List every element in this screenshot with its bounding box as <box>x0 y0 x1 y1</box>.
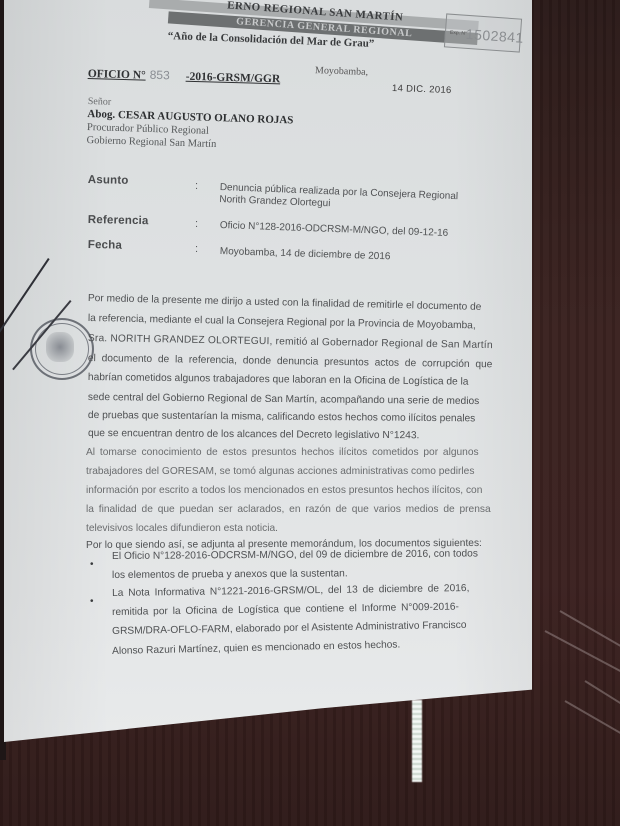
meta-label: Referencia <box>88 214 149 227</box>
text-line: Al tomarse conocimiento de estos presunt… <box>86 447 479 458</box>
text-line: los elementos de prueba y anexos que la … <box>112 568 348 581</box>
text-line: que se encuentran dentro de los alcances… <box>88 428 419 441</box>
registry-number: 1502841 <box>465 26 524 46</box>
text-line: televisivos locales difundieron esta not… <box>86 523 278 534</box>
text-line: información por escrito a todos los menc… <box>86 485 482 496</box>
text-line: la finalidad de que puedan ser aclarados… <box>86 504 491 515</box>
meta-label: Asunto <box>88 174 129 187</box>
official-seal <box>30 318 94 380</box>
oficio-number-handwritten: 853 <box>150 68 170 83</box>
seal-emblem <box>46 332 74 362</box>
light-reflection <box>412 700 422 782</box>
meta-label: Fecha <box>88 239 122 252</box>
addressee-block: Señor Abog. CESAR AUGUSTO OLANO ROJAS Pr… <box>86 95 294 153</box>
bullet-icon: • <box>90 596 94 607</box>
date-stamp: 14 DIC. 2016 <box>392 83 452 96</box>
oficio-prefix: OFICIO N° <box>88 68 146 82</box>
city: Moyobamba, <box>315 65 368 78</box>
text-line: trabajadores del GORESAM, se tomó alguna… <box>86 466 474 477</box>
meta-row-fecha: Fecha <box>88 235 123 254</box>
registry-stamp: Exp. N° 1502841 <box>444 13 522 52</box>
meta-row-referencia: Referencia <box>88 210 149 229</box>
bullet-icon: • <box>90 559 94 570</box>
meta-row-asunto: Asunto <box>88 170 129 189</box>
meta-colon: : <box>195 180 198 192</box>
registry-prefix: Exp. N° <box>450 30 467 37</box>
meta-colon: : <box>195 243 198 255</box>
meta-colon: : <box>195 218 198 230</box>
